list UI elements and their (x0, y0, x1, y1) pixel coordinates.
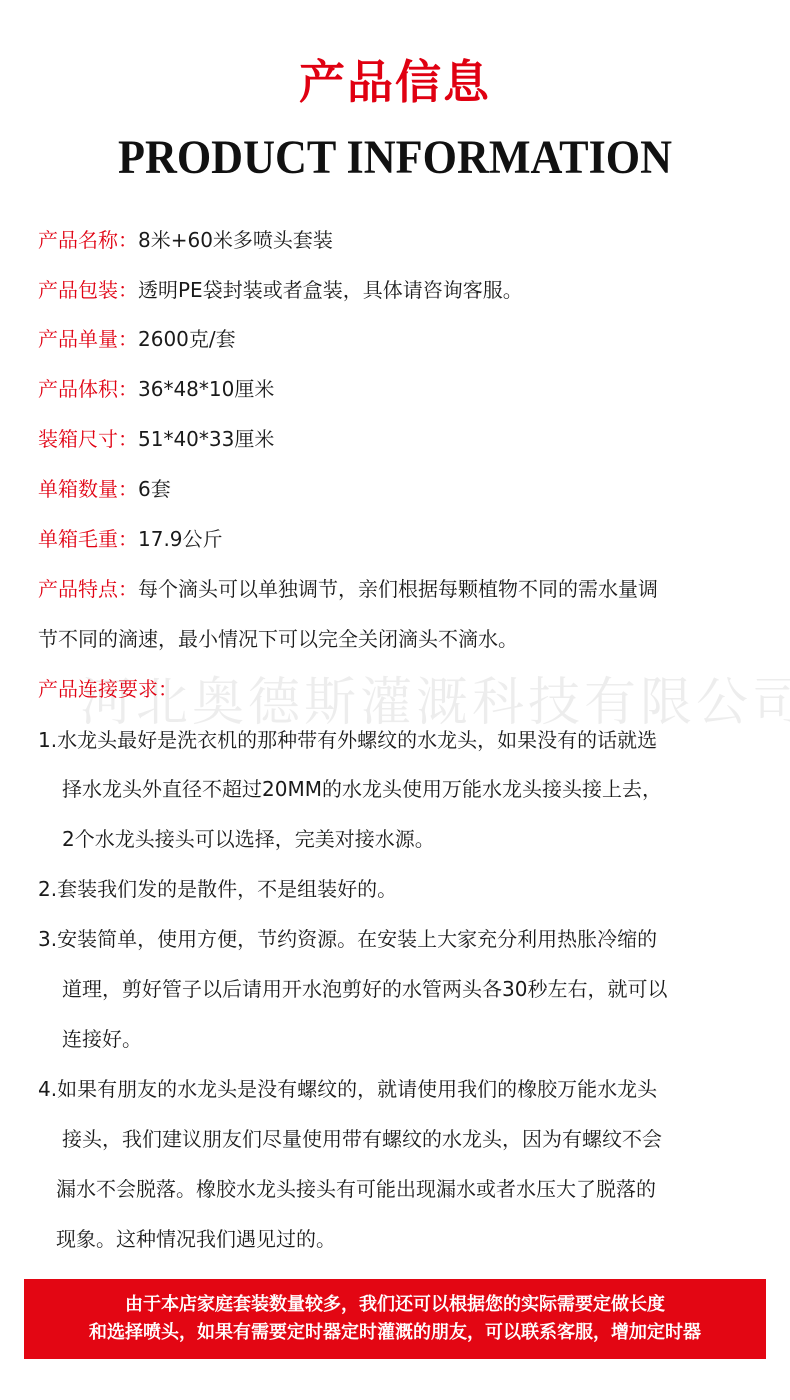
spec-value: 8米+60米多喷头套装 (138, 228, 333, 252)
spec-row-name: 产品名称：8米+60米多喷头套装 (38, 226, 333, 254)
page-title-cn: 产品信息 (0, 52, 790, 112)
spec-value: 51*40*33厘米 (138, 427, 274, 451)
spec-label: 装箱尺寸： (38, 427, 138, 451)
requirement-1-line-2: 择水龙头外直径不超过20MM的水龙头使用万能水龙头接头接上去， (62, 775, 662, 803)
requirement-3-line-3: 连接好。 (62, 1025, 142, 1053)
requirement-3-line-1: 3.安装简单，使用方便，节约资源。在安装上大家充分利用热胀冷缩的 (38, 925, 657, 953)
requirement-4-line-4: 现象。这种情况我们遇见过的。 (56, 1225, 336, 1253)
requirement-1-line-3: 2个水龙头接头可以选择，完美对接水源。 (62, 825, 435, 853)
spec-label: 单箱毛重： (38, 527, 138, 551)
spec-label: 产品名称： (38, 228, 138, 252)
spec-value: 17.9公斤 (138, 527, 223, 551)
banner-line-1: 由于本店家庭套装数量较多，我们还可以根据您的实际需要定做长度 (24, 1291, 766, 1319)
spec-label: 单箱数量： (38, 477, 138, 501)
requirement-4-line-2: 接头，我们建议朋友们尽量使用带有螺纹的水龙头，因为有螺纹不会 (62, 1125, 662, 1153)
spec-label: 产品体积： (38, 377, 138, 401)
requirement-4-line-3: 漏水不会脱落。橡胶水龙头接头有可能出现漏水或者水压大了脱落的 (56, 1175, 656, 1203)
spec-row-gross-weight: 单箱毛重：17.9公斤 (38, 525, 223, 553)
requirement-4-line-1: 4.如果有朋友的水龙头是没有螺纹的，就请使用我们的橡胶万能水龙头 (38, 1075, 657, 1103)
features-line-2: 节不同的滴速，最小情况下可以完全关闭滴头不滴水。 (38, 625, 518, 653)
spec-row-packaging: 产品包装：透明PE袋封装或者盒装，具体请咨询客服。 (38, 276, 523, 304)
banner-line-2: 和选择喷头，如果有需要定时器定时灌溉的朋友，可以联系客服，增加定时器 (24, 1319, 766, 1347)
spec-row-volume: 产品体积：36*48*10厘米 (38, 375, 274, 403)
requirement-1-line-1: 1.水龙头最好是洗衣机的那种带有外螺纹的水龙头，如果没有的话就选 (38, 726, 657, 754)
features-row: 产品特点：每个滴头可以单独调节，亲们根据每颗植物不同的需水量调 (38, 575, 658, 603)
spec-value: 透明PE袋封装或者盒装，具体请咨询客服。 (138, 278, 523, 302)
spec-row-carton-qty: 单箱数量：6套 (38, 475, 171, 503)
spec-row-carton-size: 装箱尺寸：51*40*33厘米 (38, 425, 274, 453)
requirement-3-line-2: 道理，剪好管子以后请用开水泡剪好的水管两头各30秒左右，就可以 (62, 975, 667, 1003)
spec-label: 产品单量： (38, 327, 138, 351)
connection-label: 产品连接要求： (38, 675, 178, 703)
spec-row-unit-weight: 产品单量：2600克/套 (38, 325, 236, 353)
features-line-1: 每个滴头可以单独调节，亲们根据每颗植物不同的需水量调 (138, 577, 658, 601)
spec-value: 2600克/套 (138, 327, 236, 351)
features-label: 产品特点： (38, 577, 138, 601)
page-title-en: PRODUCT INFORMATION (32, 128, 759, 188)
custom-order-banner: 由于本店家庭套装数量较多，我们还可以根据您的实际需要定做长度 和选择喷头，如果有… (24, 1279, 766, 1359)
spec-label: 产品包装： (38, 278, 138, 302)
spec-value: 6套 (138, 477, 171, 501)
requirement-2-line-1: 2.套装我们发的是散件，不是组装好的。 (38, 875, 397, 903)
spec-value: 36*48*10厘米 (138, 377, 274, 401)
